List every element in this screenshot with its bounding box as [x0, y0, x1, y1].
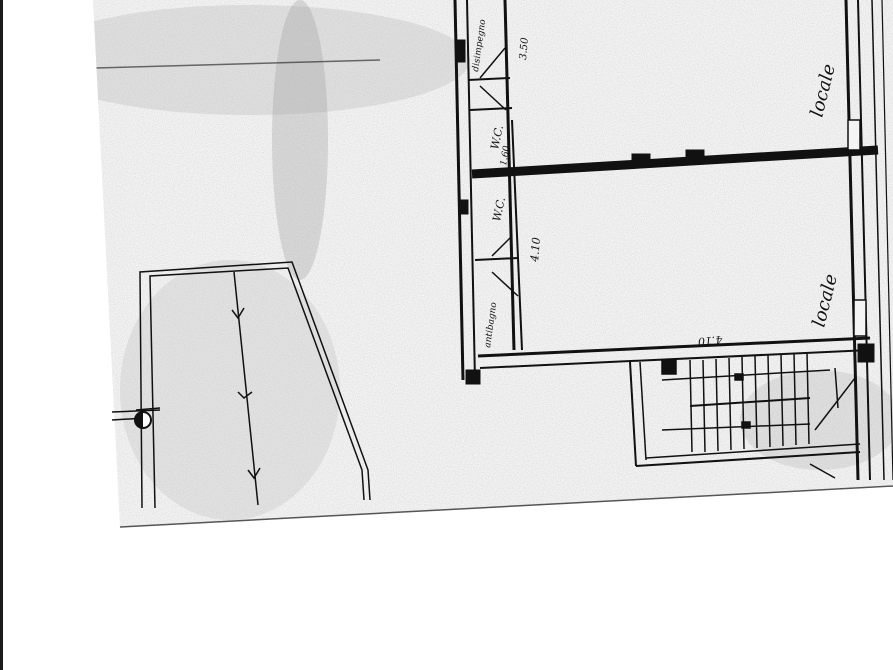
dimension-upper: 3.50: [518, 36, 531, 60]
survey-marker-icon: [135, 412, 151, 428]
floor-plan-drawing: locale locale W.C. W.C. 3.50 4.10 4.10 1…: [0, 0, 893, 670]
floor-plan-sheet: locale locale W.C. W.C. 3.50 4.10 4.10 1…: [0, 0, 893, 670]
dimension-bottom: 4.10: [697, 333, 724, 348]
dimension-middle: 4.10: [528, 237, 543, 264]
